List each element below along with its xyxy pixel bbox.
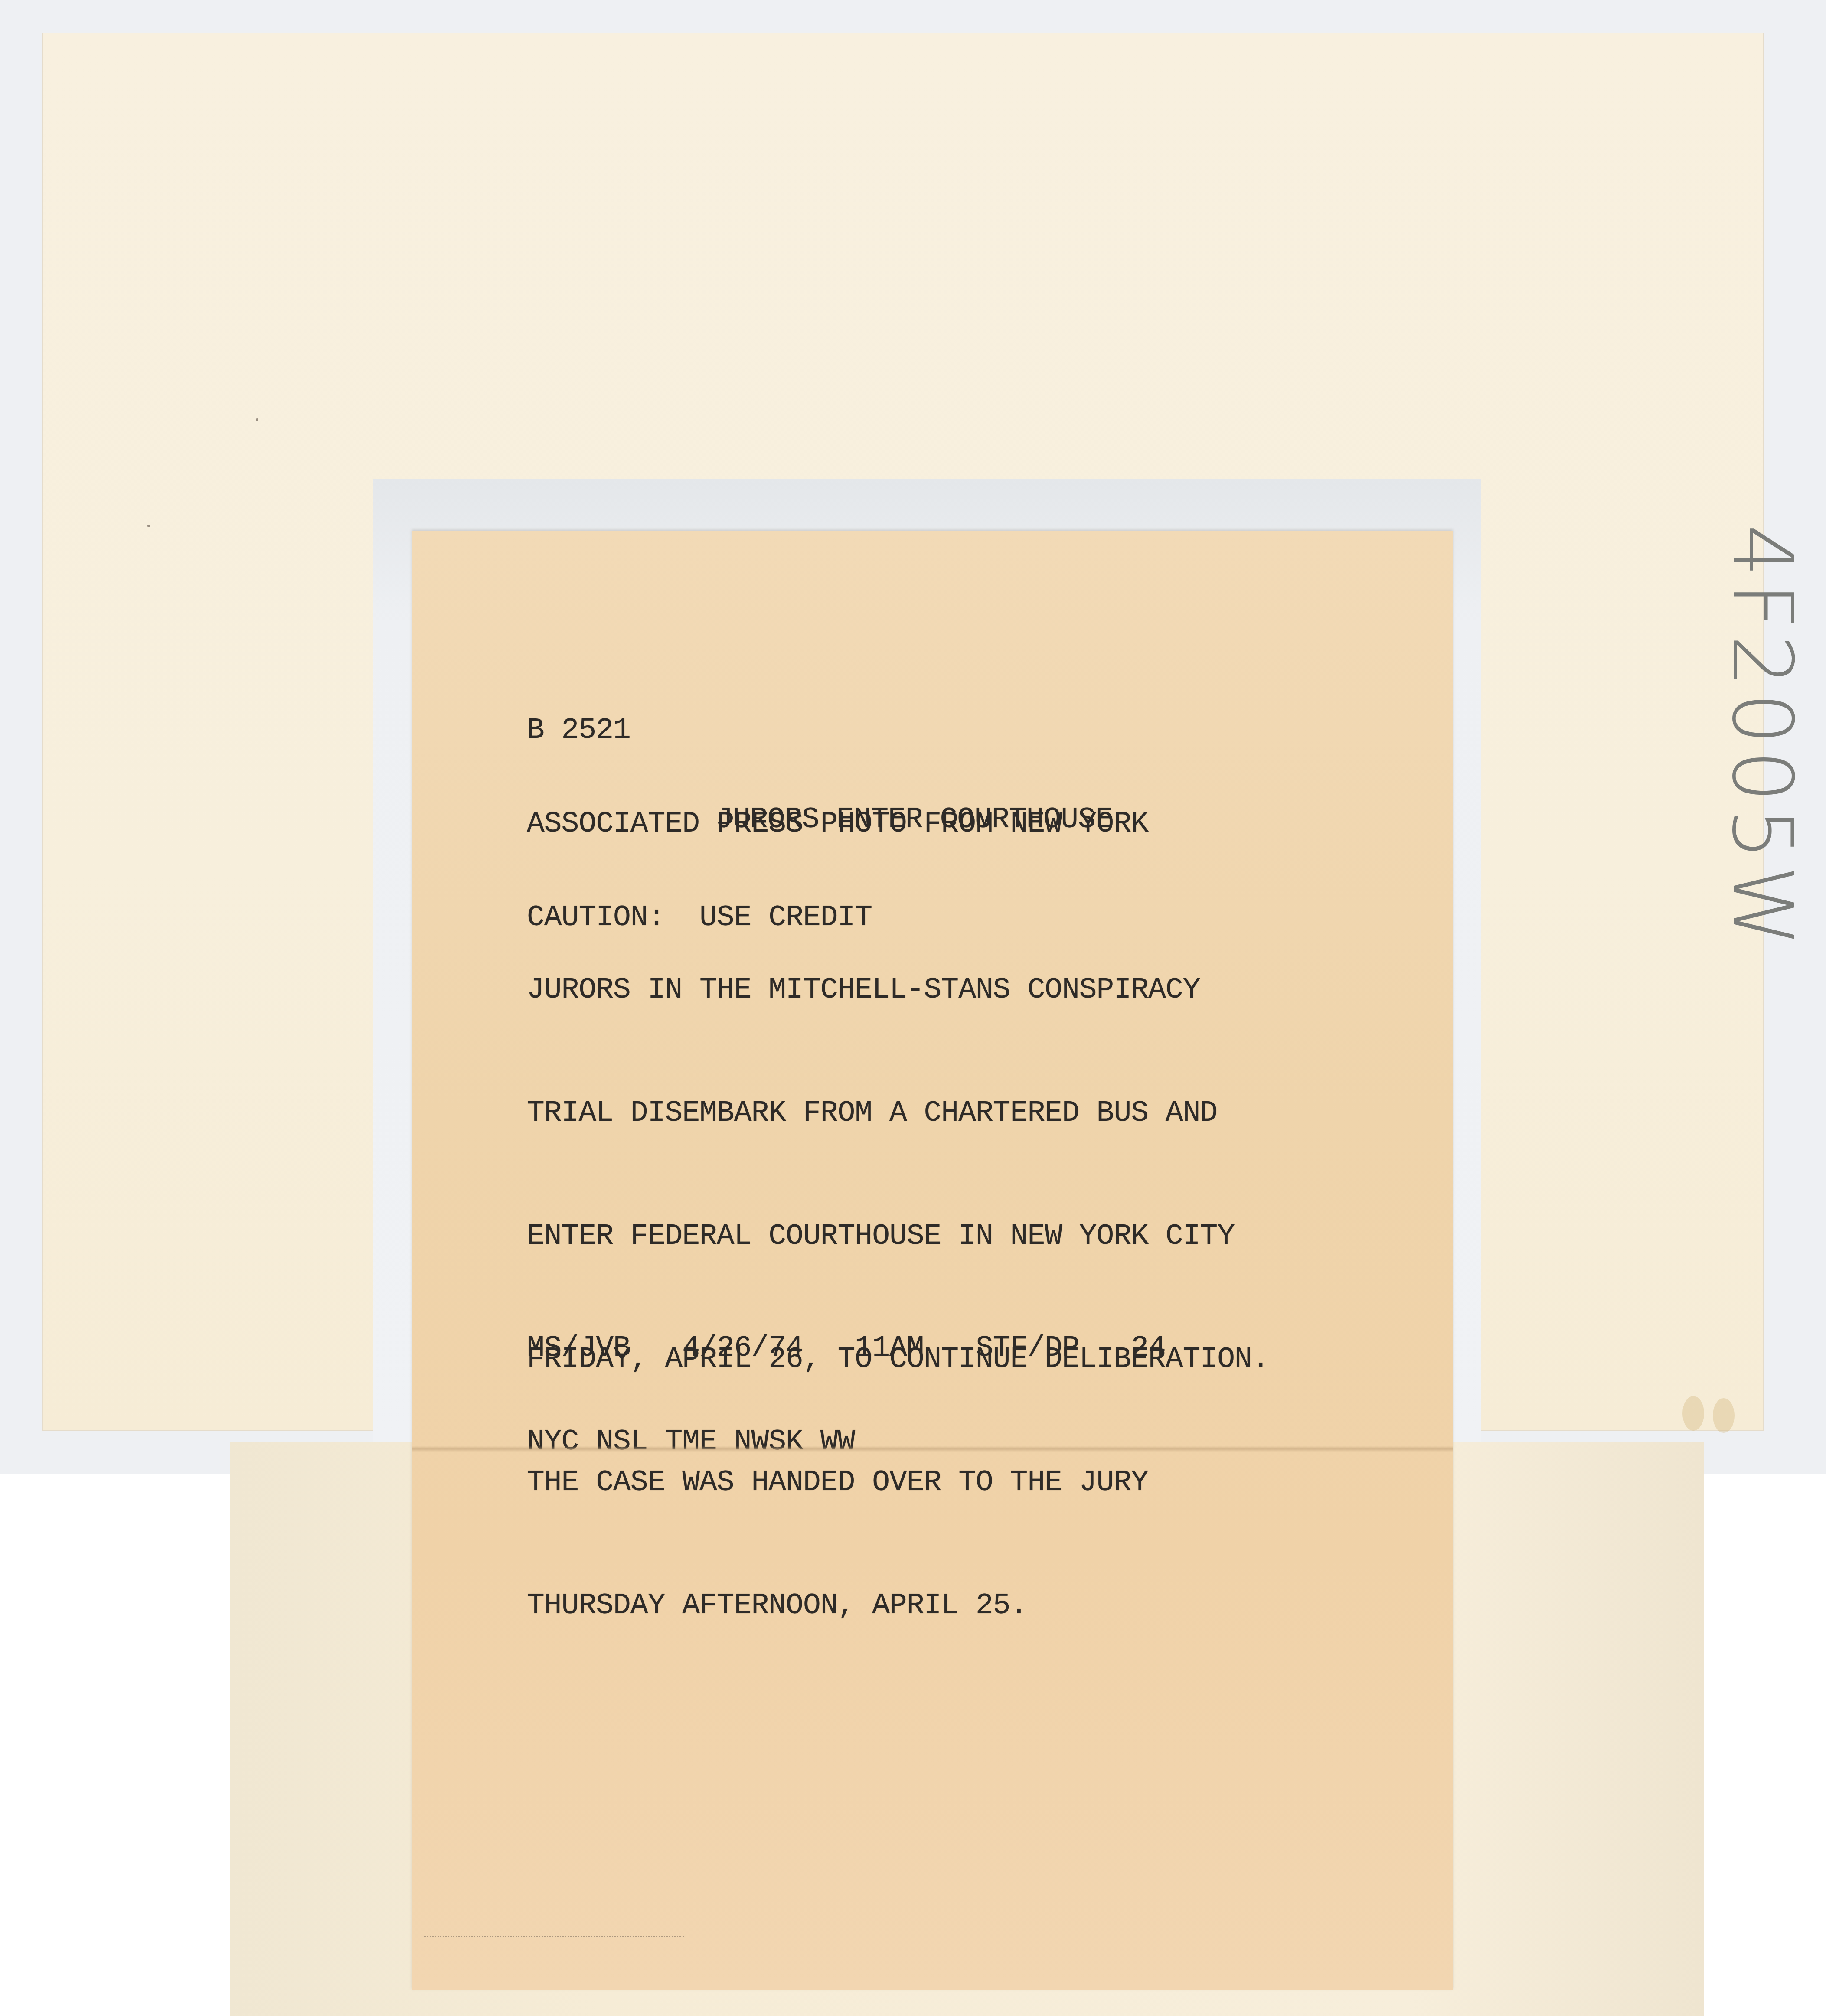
handwritten-annotation: 4F2005W xyxy=(1721,525,1803,952)
speck xyxy=(147,525,150,527)
tear-edge-mark xyxy=(424,1936,684,1941)
photo-id: B 2521 xyxy=(527,715,1148,746)
slug-line: MS/JVB 4/26/74 11AM STF/DP 24 xyxy=(527,1333,1166,1364)
slug-line: NYC NSL TME NWSK WW xyxy=(527,1426,1166,1458)
blank-margin xyxy=(1704,1491,1826,2016)
fold-crease xyxy=(412,1446,1453,1452)
body-line: JURORS IN THE MITCHELL-STANS CONSPIRACY xyxy=(527,960,1269,1021)
body-line: THURSDAY AFTERNOON, APRIL 25. xyxy=(527,1576,1269,1636)
caption-sheet: B 2521 ASSOCIATED PRESS PHOTO FROM NEW Y… xyxy=(412,531,1453,1990)
body-line: ENTER FEDERAL COURTHOUSE IN NEW YORK CIT… xyxy=(527,1206,1269,1267)
speck xyxy=(256,418,258,421)
stain-mark xyxy=(1713,1398,1735,1433)
caption-slug: MS/JVB 4/26/74 11AM STF/DP 24 NYC NSL TM… xyxy=(527,1270,1166,1520)
caption-headline: JURORS ENTER COURTHOUSE xyxy=(715,804,1113,835)
body-line: TRIAL DISEMBARK FROM A CHARTERED BUS AND xyxy=(527,1083,1269,1144)
stain-mark xyxy=(1682,1396,1704,1431)
